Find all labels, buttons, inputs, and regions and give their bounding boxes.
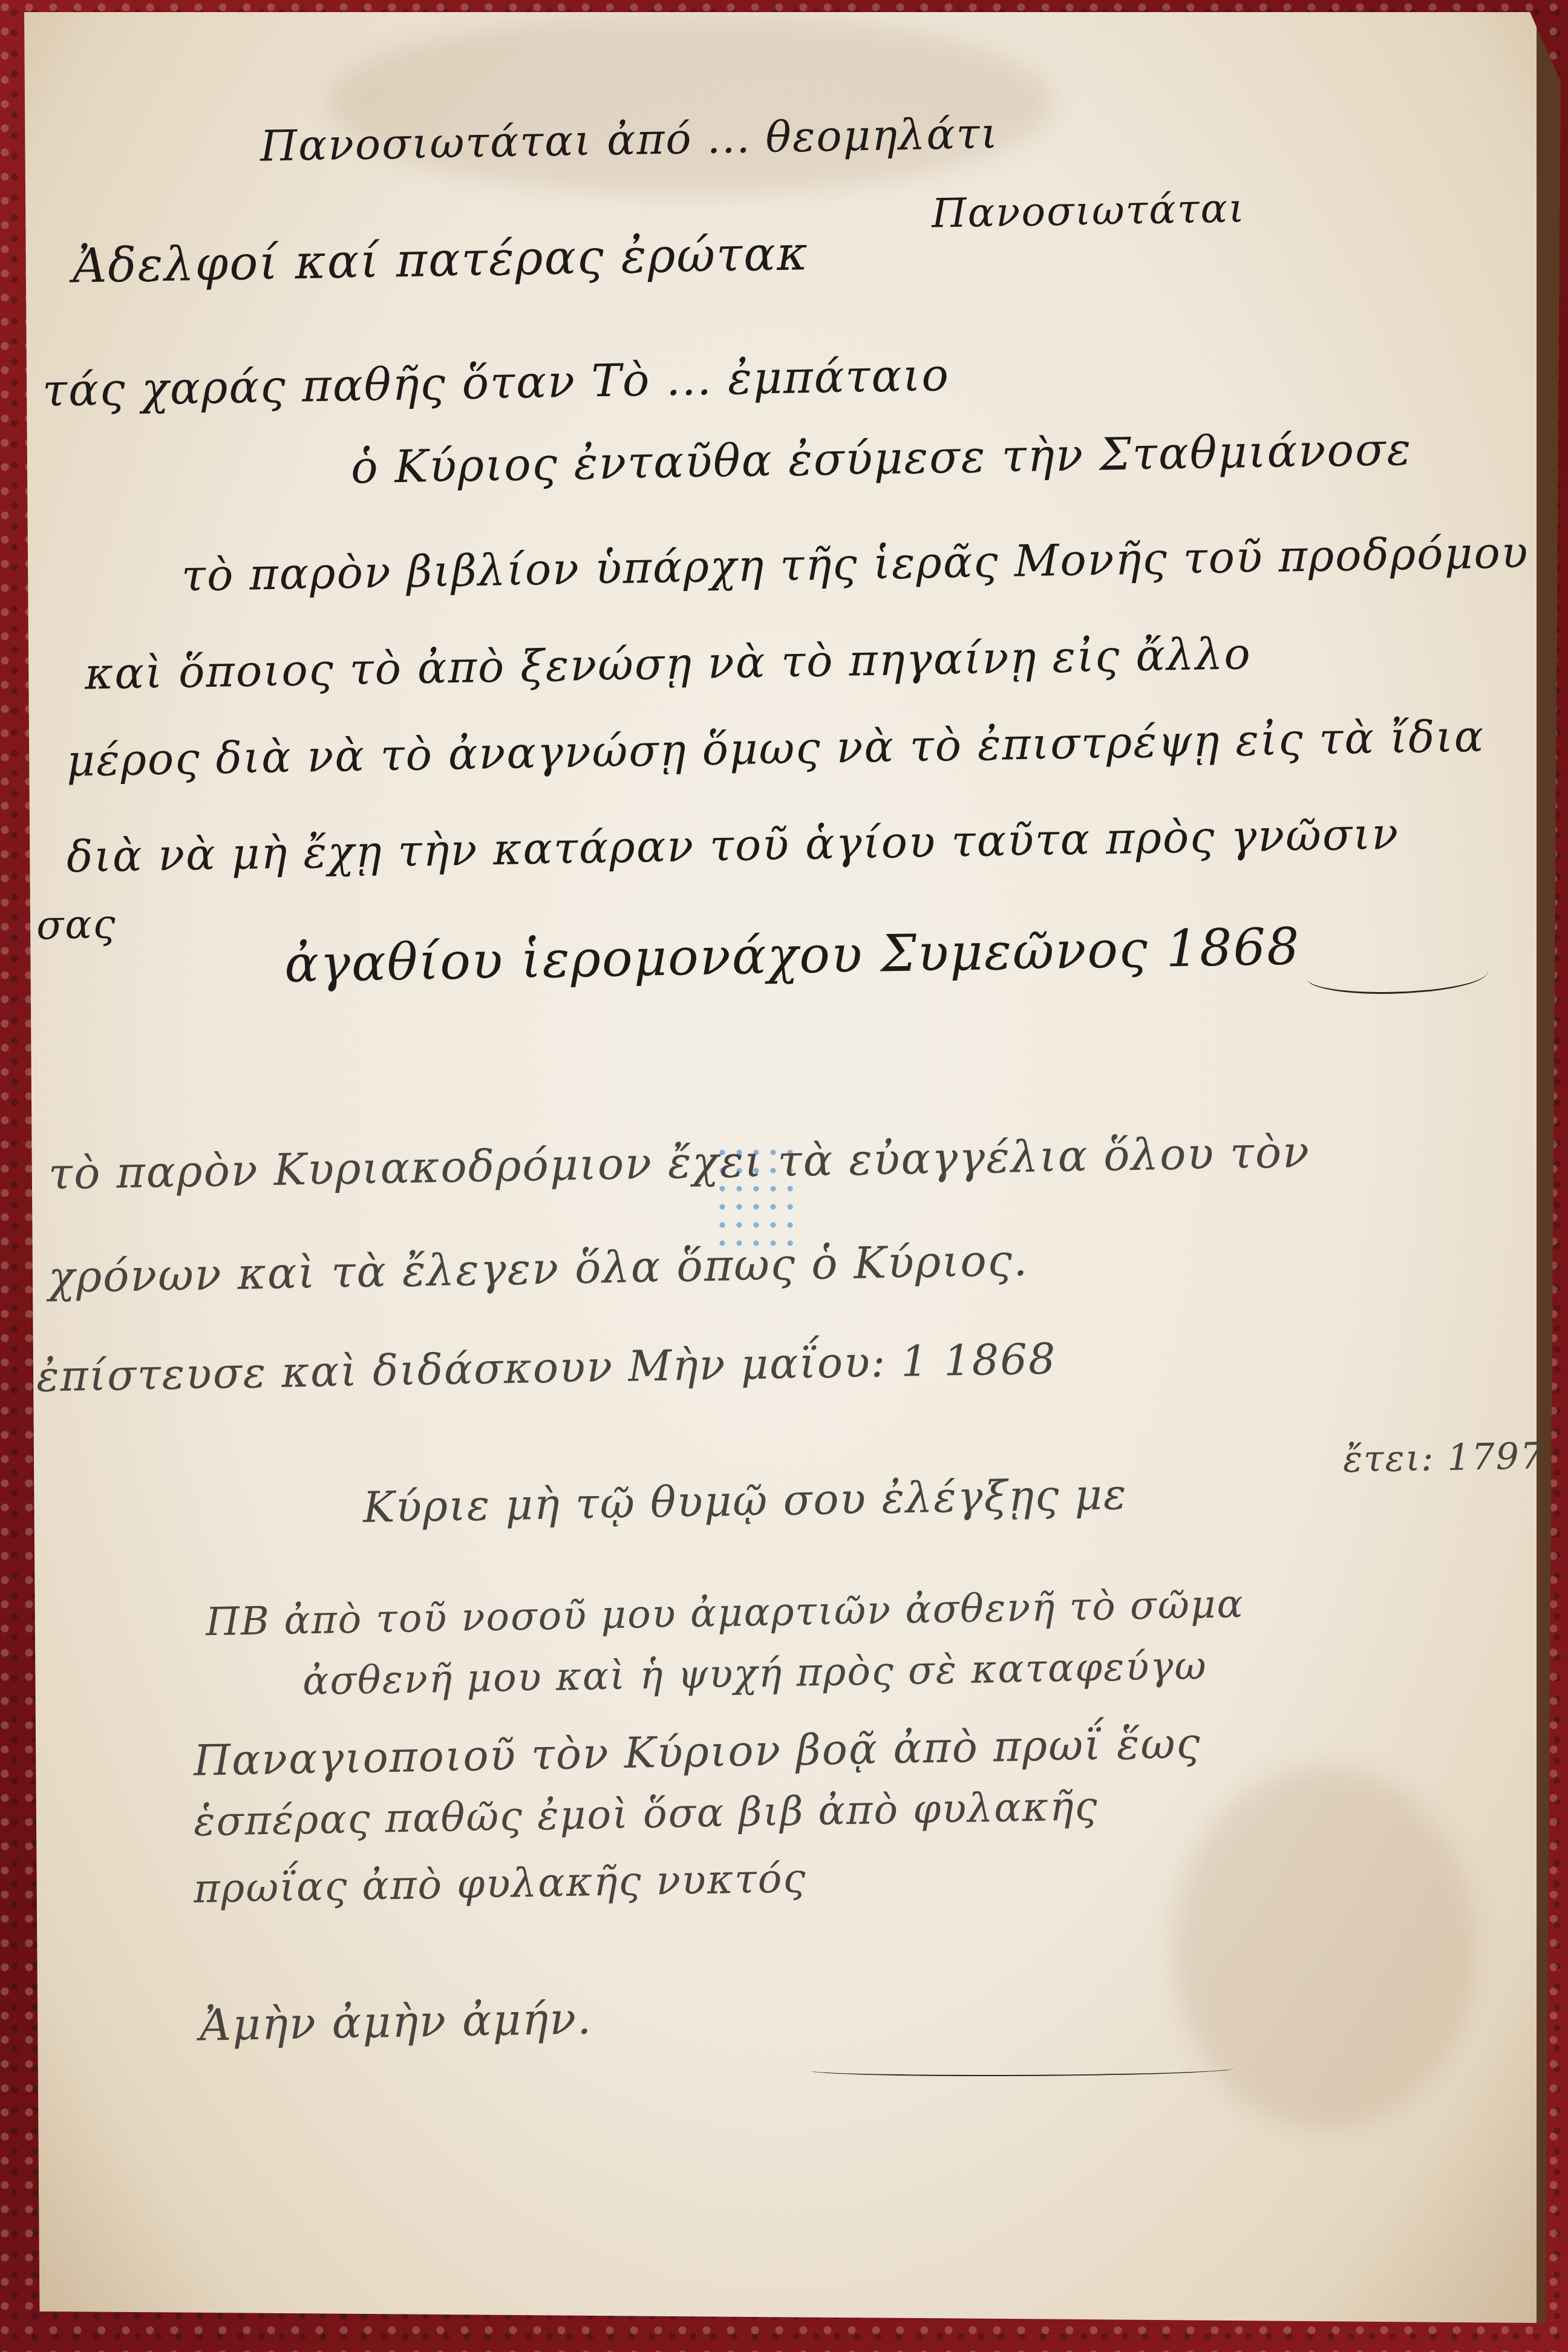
paper-stain — [1174, 1766, 1476, 2129]
manuscript-line: Ἀμὴν ἀμὴν ἀμήν. — [199, 1993, 592, 2050]
closing-flourish — [811, 2063, 1234, 2076]
manuscript-line: σας — [36, 901, 117, 949]
manuscript-line: ἔτει: 1797 — [1342, 1435, 1544, 1481]
signature-flourish — [1307, 956, 1488, 994]
manuscript-line: Πανοσιωτάται — [931, 185, 1246, 237]
